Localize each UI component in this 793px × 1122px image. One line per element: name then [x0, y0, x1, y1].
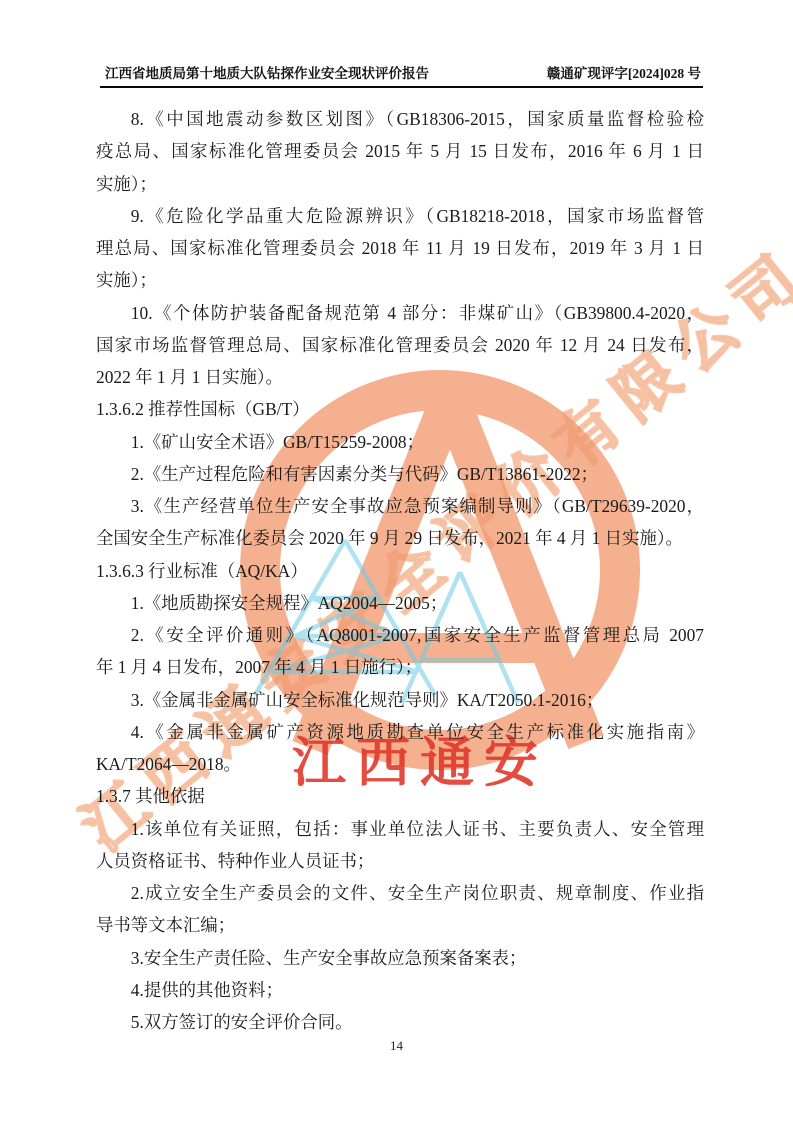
body-paragraph: 5.双方签订的安全评价合同。: [96, 1006, 704, 1038]
body-paragraph: 1.该单位有关证照，包括：事业单位法人证书、主要负责人、安全管理人员资格证书、特…: [96, 813, 704, 878]
body-paragraph: 4.《金属非金属矿产资源地质勘查单位安全生产标准化实施指南》KA/T2064—2…: [96, 716, 704, 781]
text-line: 1.3.7 其他依据: [96, 780, 704, 812]
text-line: 实施）；: [96, 264, 704, 296]
body-paragraph: 2.成立安全生产委员会的文件、安全生产岗位职责、规章制度、作业指导书等文本汇编；: [96, 877, 704, 942]
body-paragraph: 4.提供的其他资料；: [96, 974, 704, 1006]
text-line: 4.《金属非金属矿产资源地质勘查单位安全生产标准化实施指南》: [96, 716, 704, 748]
text-line: 疫总局、国家标准化管理委员会 2015 年 5 月 15 日发布，2016 年 …: [96, 135, 704, 167]
header-doc-number: 赣通矿现评字[2024]028 号: [547, 62, 701, 82]
text-line: 1.该单位有关证照，包括：事业单位法人证书、主要负责人、安全管理: [96, 813, 704, 845]
text-line: 2.《安全评价通则》（AQ8001-2007,国家安全生产监督管理总局 2007: [96, 619, 704, 651]
text-line: 1.3.6.3 行业标准（AQ/KA）: [96, 555, 704, 587]
page-number: 14: [0, 1038, 793, 1054]
body-paragraph: 2.《生产过程危险和有害因素分类与代码》GB/T13861-2022；: [96, 458, 704, 490]
text-line: 1.《矿山安全术语》GB/T15259-2008；: [96, 426, 704, 458]
body-paragraph: 2.《安全评价通则》（AQ8001-2007,国家安全生产监督管理总局 2007…: [96, 619, 704, 684]
text-line: 导书等文本汇编；: [96, 909, 704, 941]
page-header: 江西省地质局第十地质大队钻探作业安全现状评价报告 赣通矿现评字[2024]028…: [100, 62, 703, 88]
body-paragraph: 9.《危险化学品重大危险源辨识》（GB18218-2018，国家市场监督管理总局…: [96, 200, 704, 297]
text-line: 3.《生产经营单位生产安全事故应急预案编制导则》（GB/T29639-2020，: [96, 490, 704, 522]
header-report-title: 江西省地质局第十地质大队钻探作业安全现状评价报告: [105, 62, 429, 82]
text-line: 4.提供的其他资料；: [96, 974, 704, 1006]
text-line: 理总局、国家标准化管理委员会 2018 年 11 月 19 日发布，2019 年…: [96, 232, 704, 264]
text-line: 3.《金属非金属矿山安全标准化规范导则》KA/T2050.1-2016；: [96, 684, 704, 716]
text-line: KA/T2064—2018。: [96, 748, 704, 780]
text-line: 国家市场监督管理总局、国家标准化管理委员会 2020 年 12 月 24 日发布…: [96, 329, 704, 361]
body-paragraph: 1.《矿山安全术语》GB/T15259-2008；: [96, 426, 704, 458]
text-line: 全国安全生产标准化委员会 2020 年 9 月 29 日发布，2021 年 4 …: [96, 522, 704, 554]
text-line: 2022 年 1 月 1 日实施）。: [96, 361, 704, 393]
text-line: 人员资格证书、特种作业人员证书；: [96, 845, 704, 877]
text-line: 2.成立安全生产委员会的文件、安全生产岗位职责、规章制度、作业指: [96, 877, 704, 909]
text-line: 9.《危险化学品重大危险源辨识》（GB18218-2018，国家市场监督管: [96, 200, 704, 232]
text-line: 1.《地质勘探安全规程》AQ2004—2005；: [96, 587, 704, 619]
section-heading: 1.3.7 其他依据: [96, 780, 704, 812]
document-page: 江西通安安全评价有限公司 江西通安 江西省地质局第十地质大队钻探作业安全现状评价…: [0, 0, 793, 1122]
text-line: 8.《中国地震动参数区划图》（GB18306-2015，国家质量监督检验检: [96, 103, 704, 135]
body-paragraph: 8.《中国地震动参数区划图》（GB18306-2015，国家质量监督检验检疫总局…: [96, 103, 704, 200]
section-heading: 1.3.6.3 行业标准（AQ/KA）: [96, 555, 704, 587]
text-line: 1.3.6.2 推荐性国标（GB/T）: [96, 393, 704, 425]
text-line: 实施）；: [96, 168, 704, 200]
text-line: 10.《个体防护装备配备规范第 4 部分：非煤矿山》（GB39800.4-202…: [96, 297, 704, 329]
body-paragraph: 3.《金属非金属矿山安全标准化规范导则》KA/T2050.1-2016；: [96, 684, 704, 716]
body-paragraph: 3.《生产经营单位生产安全事故应急预案编制导则》（GB/T29639-2020，…: [96, 490, 704, 555]
text-line: 2.《生产过程危险和有害因素分类与代码》GB/T13861-2022；: [96, 458, 704, 490]
text-line: 年 1 月 4 日发布，2007 年 4 月 1 日施行）；: [96, 651, 704, 683]
body-paragraph: 3.安全生产责任险、生产安全事故应急预案备案表；: [96, 942, 704, 974]
section-heading: 1.3.6.2 推荐性国标（GB/T）: [96, 393, 704, 425]
body-paragraph: 1.《地质勘探安全规程》AQ2004—2005；: [96, 587, 704, 619]
text-line: 3.安全生产责任险、生产安全事故应急预案备案表；: [96, 942, 704, 974]
text-line: 5.双方签订的安全评价合同。: [96, 1006, 704, 1038]
body-text: 8.《中国地震动参数区划图》（GB18306-2015，国家质量监督检验检疫总局…: [96, 103, 704, 1038]
body-paragraph: 10.《个体防护装备配备规范第 4 部分：非煤矿山》（GB39800.4-202…: [96, 297, 704, 394]
